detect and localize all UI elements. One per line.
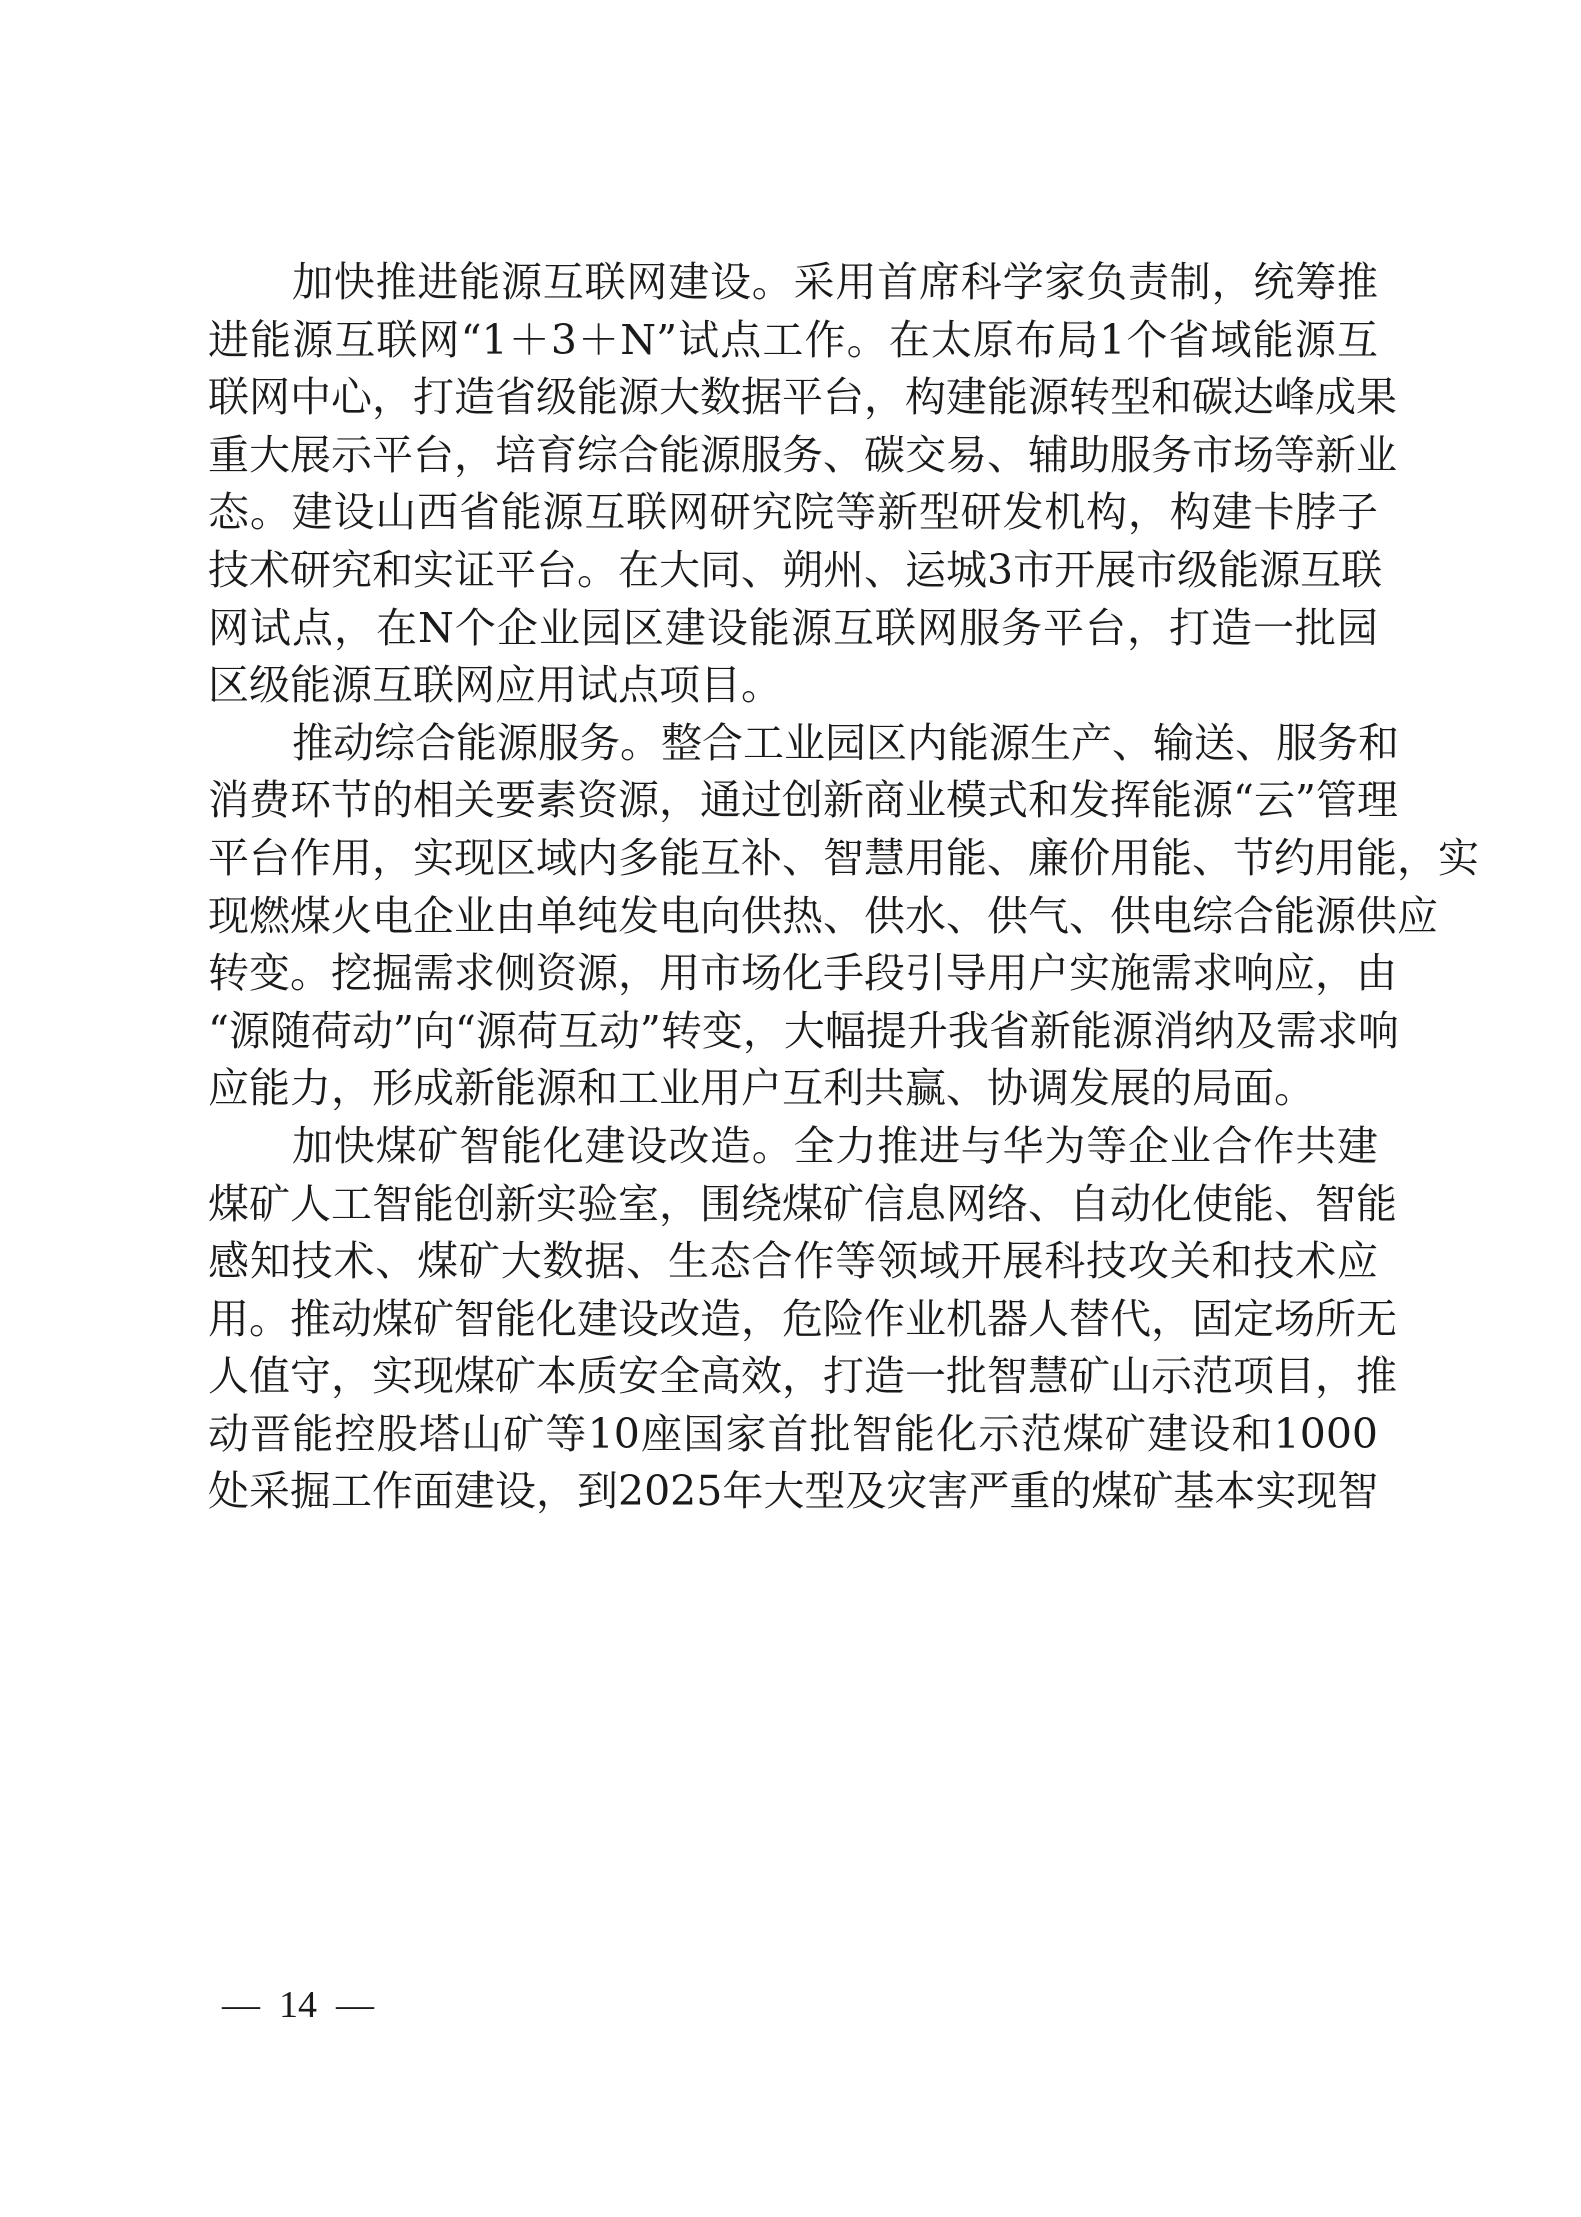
text-line: 消费环节的相关要素资源，通过创新商业模式和发挥能源“云”管理 bbox=[208, 772, 1378, 830]
text-line: 煤矿人工智能创新实验室，围绕煤矿信息网络、自动化使能、智能 bbox=[208, 1176, 1378, 1234]
paragraph-smart-coal-mines: 加快煤矿智能化建设改造。全力推进与华为等企业合作共建 煤矿人工智能创新实验室，围… bbox=[208, 1118, 1378, 1521]
page-number: — 14 — bbox=[222, 1983, 374, 2027]
text-line: 推动综合能源服务。整合工业园区内能源生产、输送、服务和 bbox=[208, 715, 1378, 773]
paragraph-integrated-energy-services: 推动综合能源服务。整合工业园区内能源生产、输送、服务和 消费环节的相关要素资源，… bbox=[208, 715, 1378, 1118]
text-line: 应能力，形成新能源和工业用户互利共赢、协调发展的局面。 bbox=[208, 1060, 1378, 1118]
text-line: 加快推进能源互联网建设。采用首席科学家负责制，统筹推 bbox=[208, 254, 1378, 312]
text-line: 区级能源互联网应用试点项目。 bbox=[208, 657, 1378, 715]
text-line: 联网中心，打造省级能源大数据平台，构建能源转型和碳达峰成果 bbox=[208, 369, 1378, 427]
text-line: 人值守，实现煤矿本质安全高效，打造一批智慧矿山示范项目，推 bbox=[208, 1348, 1378, 1406]
text-line: 技术研究和实证平台。在大同、朔州、运城3市开展市级能源互联 bbox=[208, 542, 1378, 600]
text-line: “源随荷动”向“源荷互动”转变，大幅提升我省新能源消纳及需求响 bbox=[208, 1003, 1378, 1061]
document-page: 加快推进能源互联网建设。采用首席科学家负责制，统筹推 进能源互联网“1＋3＋N”… bbox=[208, 254, 1378, 1521]
text-line: 进能源互联网“1＋3＋N”试点工作。在太原布局1个省域能源互 bbox=[208, 312, 1378, 370]
text-line: 态。建设山西省能源互联网研究院等新型研发机构，构建卡脖子 bbox=[208, 484, 1378, 542]
text-line: 转变。挖掘需求侧资源，用市场化手段引导用户实施需求响应，由 bbox=[208, 945, 1378, 1003]
text-line: 动晋能控股塔山矿等10座国家首批智能化示范煤矿建设和1000 bbox=[208, 1406, 1378, 1464]
text-line: 加快煤矿智能化建设改造。全力推进与华为等企业合作共建 bbox=[208, 1118, 1378, 1176]
text-line: 用。推动煤矿智能化建设改造，危险作业机器人替代，固定场所无 bbox=[208, 1291, 1378, 1349]
text-line: 网试点，在N个企业园区建设能源互联网服务平台，打造一批园 bbox=[208, 600, 1378, 658]
text-line: 重大展示平台，培育综合能源服务、碳交易、辅助服务市场等新业 bbox=[208, 427, 1378, 485]
text-line: 感知技术、煤矿大数据、生态合作等领域开展科技攻关和技术应 bbox=[208, 1233, 1378, 1291]
text-line: 处采掘工作面建设，到2025年大型及灾害严重的煤矿基本实现智 bbox=[208, 1463, 1378, 1521]
text-line: 现燃煤火电企业由单纯发电向供热、供水、供气、供电综合能源供应 bbox=[208, 888, 1378, 946]
text-line: 平台作用，实现区域内多能互补、智慧用能、廉价用能、节约用能，实 bbox=[208, 830, 1378, 888]
paragraph-energy-internet: 加快推进能源互联网建设。采用首席科学家负责制，统筹推 进能源互联网“1＋3＋N”… bbox=[208, 254, 1378, 715]
